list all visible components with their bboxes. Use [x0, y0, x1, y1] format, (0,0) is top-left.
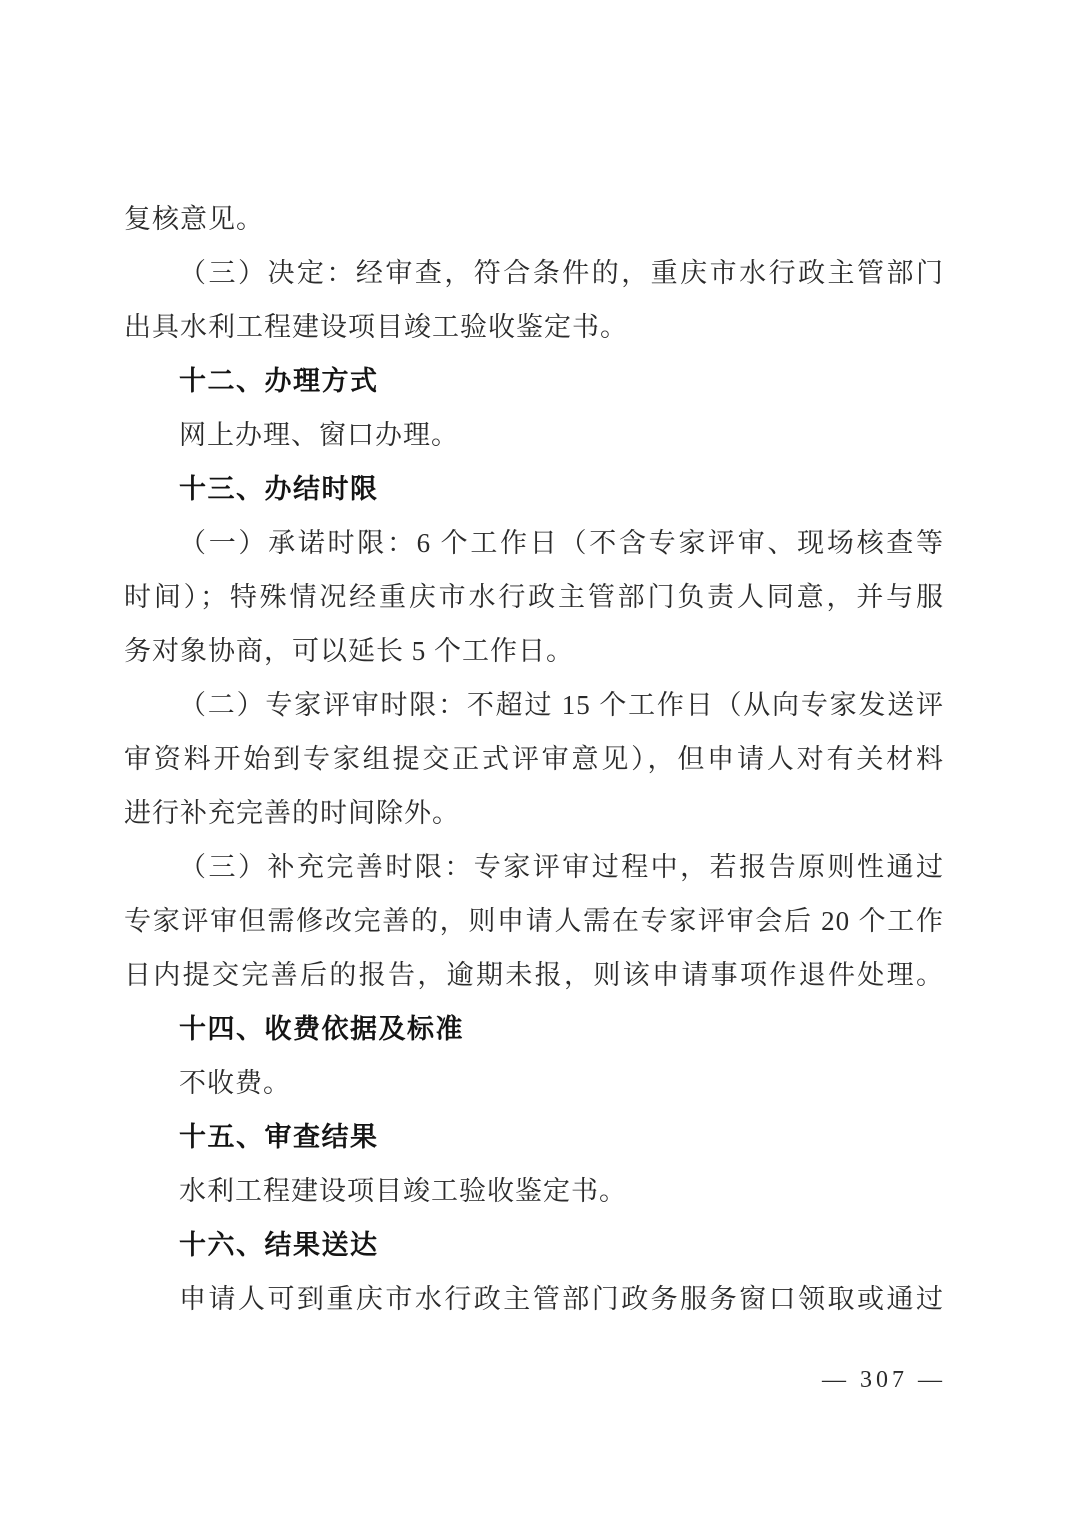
document-page: 复核意见。（三）决定：经审查，符合条件的，重庆市水行政主管部门出具水利工程建设项…	[0, 0, 1074, 1520]
section-heading: 十五、审查结果	[124, 1110, 944, 1164]
text-line: （三）决定：经审查，符合条件的，重庆市水行政主管部门	[124, 246, 944, 300]
text-line: 时间）；特殊情况经重庆市水行政主管部门负责人同意，并与服	[124, 570, 944, 624]
text-line: 申请人可到重庆市水行政主管部门政务服务窗口领取或通过	[124, 1272, 944, 1326]
section-heading: 十四、收费依据及标准	[124, 1002, 944, 1056]
text-line: 专家评审但需修改完善的，则申请人需在专家评审会后 20 个工作	[124, 894, 944, 948]
text-line: 复核意见。	[124, 192, 944, 246]
text-line: 进行补充完善的时间除外。	[124, 786, 944, 840]
section-heading: 十三、办结时限	[124, 462, 944, 516]
text-line: 出具水利工程建设项目竣工验收鉴定书。	[124, 300, 944, 354]
text-line: （三）补充完善时限：专家评审过程中，若报告原则性通过	[124, 840, 944, 894]
document-body: 复核意见。（三）决定：经审查，符合条件的，重庆市水行政主管部门出具水利工程建设项…	[124, 192, 944, 1326]
text-line: 网上办理、窗口办理。	[124, 408, 944, 462]
text-line: 不收费。	[124, 1056, 944, 1110]
text-line: （二）专家评审时限：不超过 15 个工作日（从向专家发送评	[124, 678, 944, 732]
text-line: （一）承诺时限：6 个工作日（不含专家评审、现场核查等	[124, 516, 944, 570]
section-heading: 十六、结果送达	[124, 1218, 944, 1272]
page-number: — 307 —	[822, 1364, 946, 1396]
text-line: 日内提交完善后的报告，逾期未报，则该申请事项作退件处理。	[124, 948, 944, 1002]
text-line: 水利工程建设项目竣工验收鉴定书。	[124, 1164, 944, 1218]
section-heading: 十二、办理方式	[124, 354, 944, 408]
text-line: 务对象协商，可以延长 5 个工作日。	[124, 624, 944, 678]
text-line: 审资料开始到专家组提交正式评审意见），但申请人对有关材料	[124, 732, 944, 786]
